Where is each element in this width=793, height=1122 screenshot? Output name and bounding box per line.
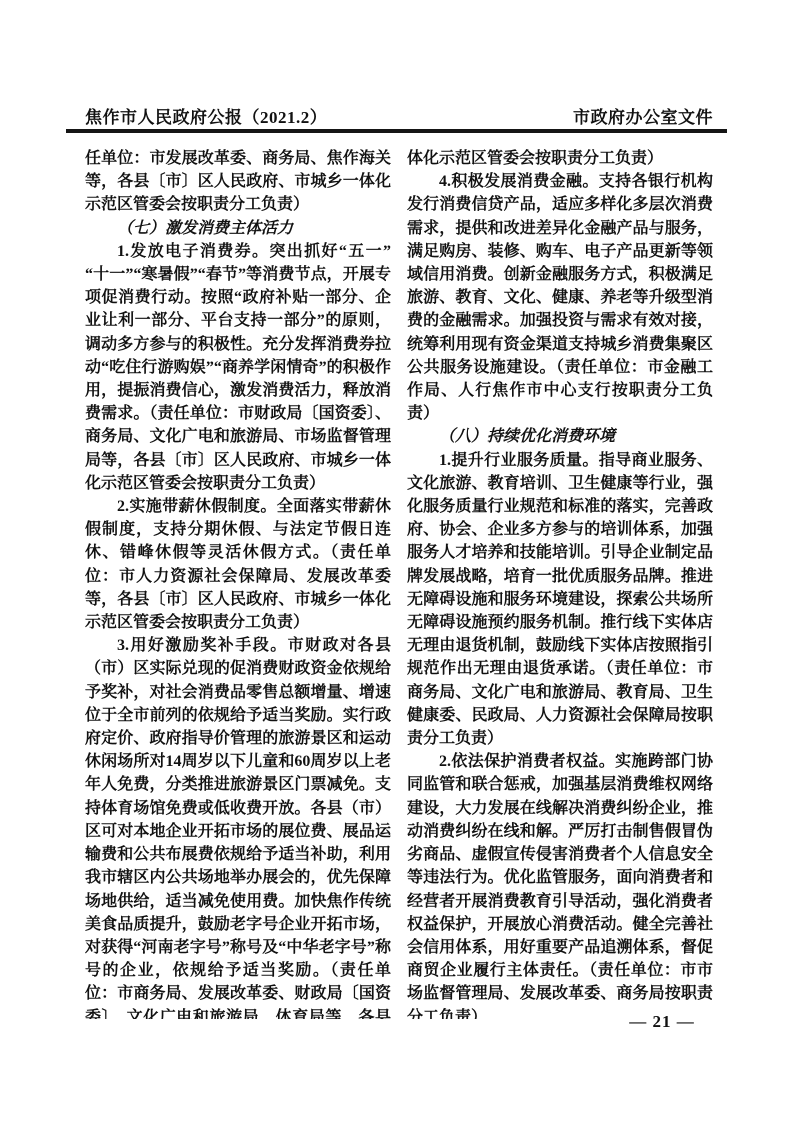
page-number: — 21 — — [607, 1012, 717, 1032]
gazette-title: 焦作市人民政府公报（2021.2） — [85, 103, 327, 128]
paragraph: 体化示范区管委会按职责分工负责） — [407, 147, 713, 170]
paragraph: 4.积极发展消费金融。支持各银行机构发行消费信贷产品，适应多样化多层次消费需求，… — [407, 170, 713, 425]
paragraph: 1.发放电子消费券。突出抓好“五一”“十一”“寒暑假”“春节”等消费节点，开展专… — [85, 240, 391, 495]
document-category-label: 市政府办公室文件 — [573, 103, 713, 128]
section-heading: （七）激发消费主体活力 — [85, 217, 391, 240]
header-divider-rule — [66, 129, 727, 133]
paragraph: 3.用好激励奖补手段。市财政对各县（市）区实际兑现的促消费财政资金依规给予奖补，… — [85, 634, 391, 1019]
paragraph: 1.提升行业服务质量。指导商业服务、文化旅游、教育培训、卫生健康等行业，强化服务… — [407, 449, 713, 751]
paragraph: 2.实施带薪休假制度。全面落实带薪休假制度，支持分期休假、与法定节假日连休、错峰… — [85, 495, 391, 634]
paragraph: 任单位：市发展改革委、商务局、焦作海关等，各县〔市〕区人民政府、市城乡一体化示范… — [85, 147, 391, 217]
gazette-page: 焦作市人民政府公报（2021.2） 市政府办公室文件 任单位：市发展改革委、商务… — [0, 0, 793, 1122]
paragraph: 2.依法保护消费者权益。实施跨部门协同监管和联合惩戒，加强基层消费维权网络建设，… — [407, 750, 713, 1019]
text-column-right: 体化示范区管委会按职责分工负责）4.积极发展消费金融。支持各银行机构发行消费信贷… — [407, 147, 713, 1019]
section-heading: （八）持续优化消费环境 — [407, 425, 713, 448]
text-column-left: 任单位：市发展改革委、商务局、焦作海关等，各县〔市〕区人民政府、市城乡一体化示范… — [85, 147, 391, 1019]
